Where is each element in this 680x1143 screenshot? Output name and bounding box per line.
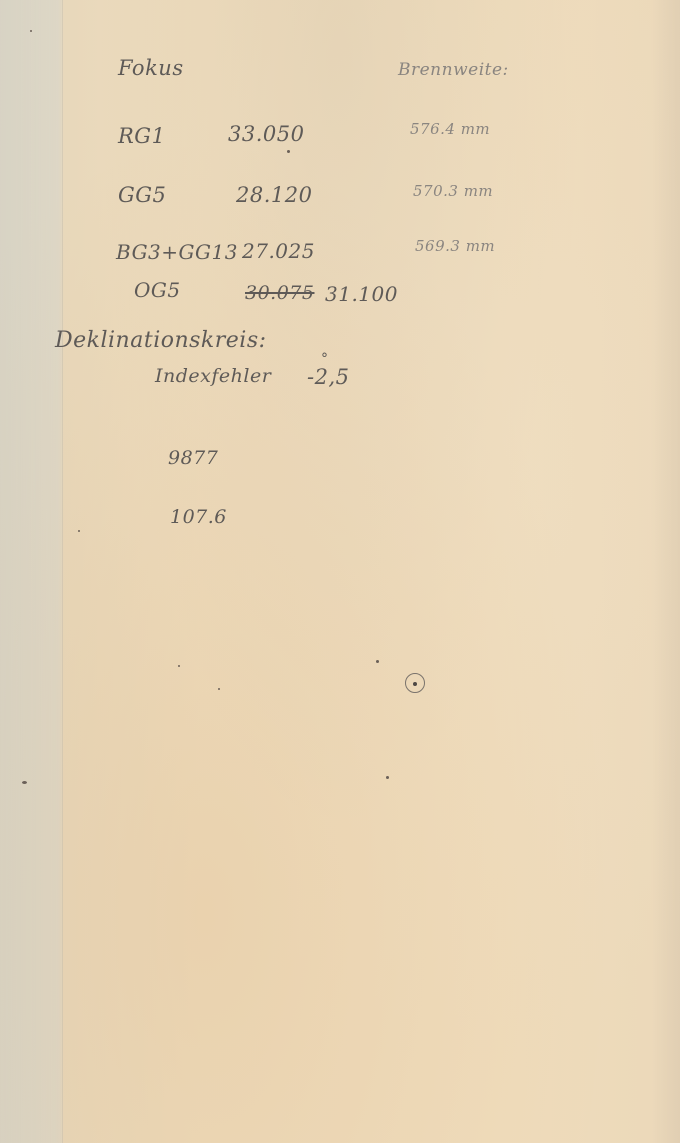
heading-brennweite: Brennweite: — [398, 60, 509, 80]
filter-focus-1: 33.050 — [228, 122, 304, 146]
filter-focus-2: 28.120 — [236, 183, 312, 207]
paper-left-edge-strip — [0, 0, 63, 1143]
heading-fokus: Fokus — [118, 56, 184, 80]
declination-heading: Deklinationskreis: — [55, 328, 267, 353]
filter-name-4: OG5 — [134, 278, 181, 302]
index-error-value: -2,5 ° — [307, 365, 350, 389]
speck — [22, 781, 27, 784]
speck — [178, 665, 180, 667]
circled-dot-mark — [405, 673, 425, 693]
degree-symbol: ° — [321, 351, 329, 367]
filter-name-1: RG1 — [118, 124, 165, 148]
filter-focal-length-1: 576.4 mm — [410, 120, 490, 138]
index-error-number: -2,5 — [307, 365, 350, 389]
filter-focal-length-2: 570.3 mm — [413, 182, 493, 200]
speck — [287, 150, 290, 153]
filter-focus-3: 27.025 — [242, 239, 315, 263]
speck — [376, 660, 379, 663]
speck — [30, 30, 32, 32]
filter-focus-4: 31.100 — [325, 282, 398, 306]
paper-right-edge-strip — [652, 0, 680, 1143]
filter-name-3: BG3+GG13 — [116, 240, 238, 264]
note-number-2: 107.6 — [170, 506, 227, 528]
speck — [386, 776, 389, 779]
filter-name-2: GG5 — [118, 183, 166, 207]
note-number-1: 9877 — [168, 447, 218, 469]
paper-background — [0, 0, 680, 1143]
speck — [78, 530, 80, 532]
filter-focus-4-crossed-out: 30.075 — [245, 282, 314, 304]
index-error-label: Indexfehler — [155, 365, 271, 387]
speck — [218, 688, 220, 690]
filter-focal-length-3: 569.3 mm — [415, 237, 495, 255]
